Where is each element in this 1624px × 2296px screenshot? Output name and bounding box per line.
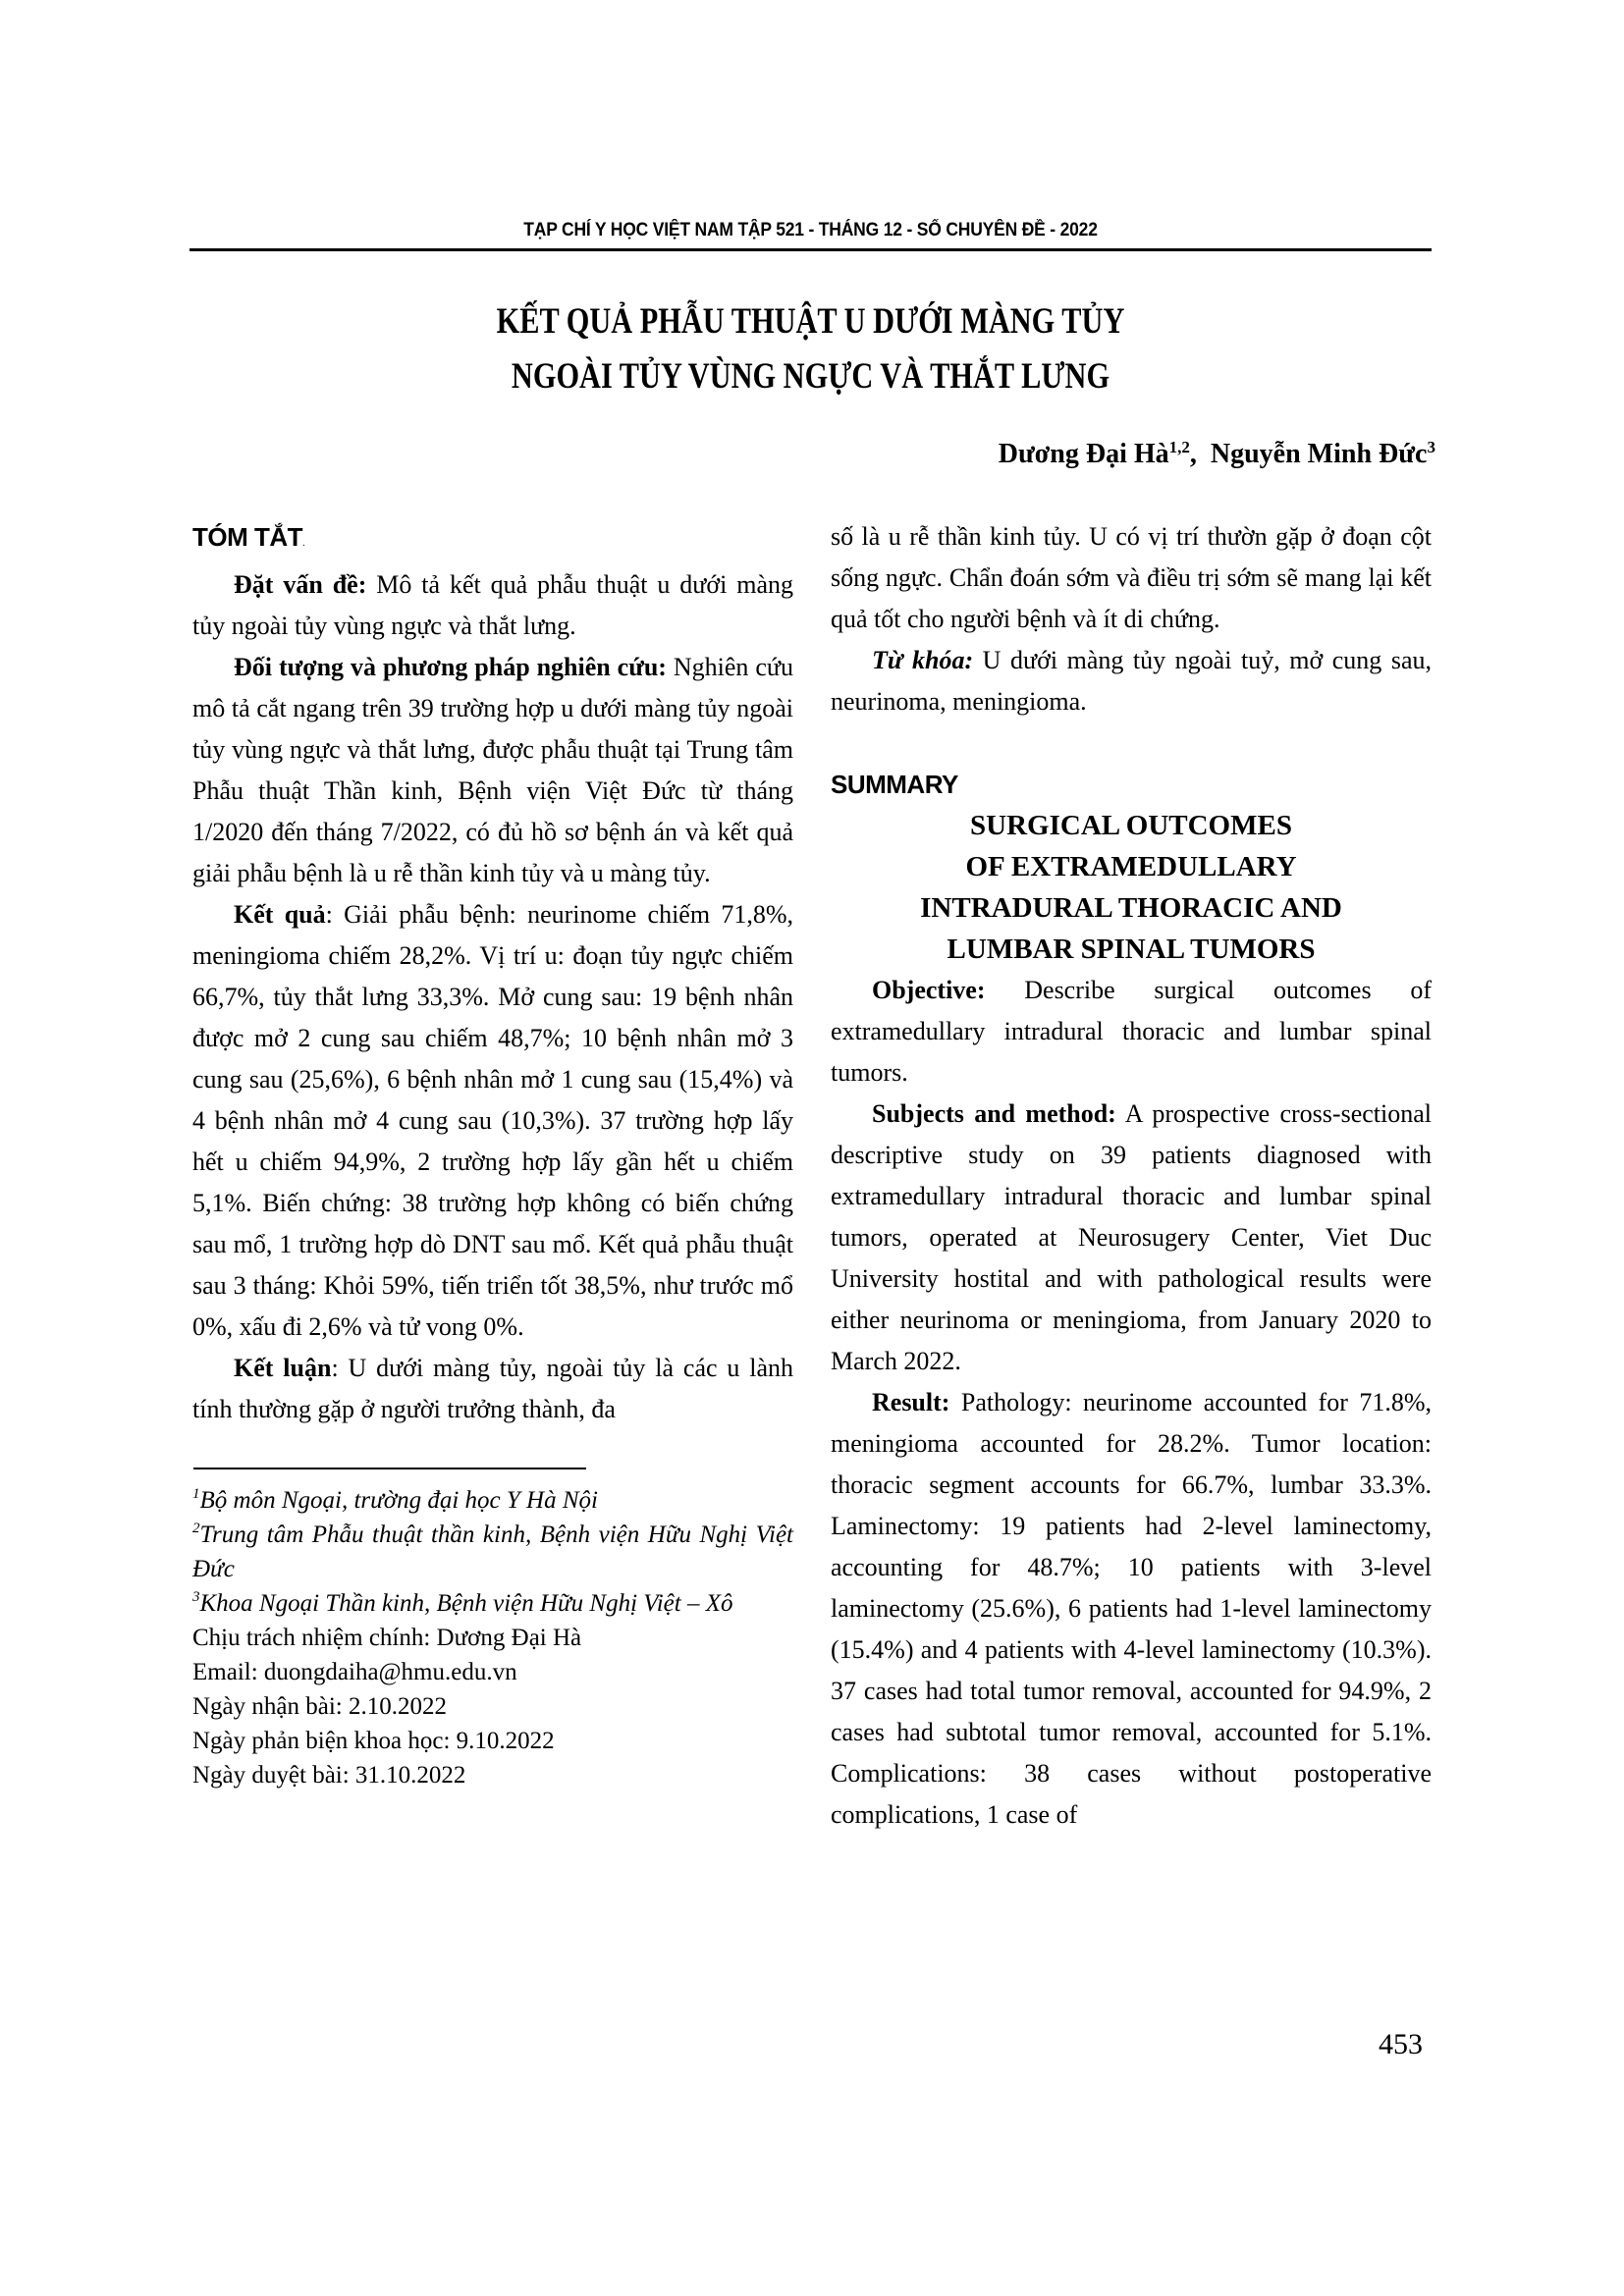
title-line: KẾT QUẢ PHẪU THUẬT U DƯỚI MÀNG TỦY [301, 294, 1320, 349]
date-reviewed: Ngày phản biện khoa học: 9.10.2022 [192, 1724, 793, 1758]
author-affiliation-marker: 3 [1428, 438, 1436, 456]
paragraph-label: Result: [872, 1388, 949, 1416]
keywords-label: Từ khóa: [872, 646, 973, 674]
paragraph-label: Kết quả [234, 900, 326, 929]
english-title: SURGICAL OUTCOMES OF EXTRAMEDULLARY INTR… [831, 805, 1432, 970]
paragraph-label: Đối tượng và phương pháp nghiên cứu: [234, 653, 667, 681]
paragraph-label: Kết luận [234, 1354, 331, 1382]
author-name: Dương Đại Hà [999, 439, 1169, 469]
author-list: Dương Đại Hà1,2, Nguyễn Minh Đức3 [999, 439, 1435, 470]
english-title-line: OF EXTRAMEDULLARY [831, 846, 1432, 887]
paragraph-label: Đặt vấn đề: [234, 570, 366, 599]
author-name: Nguyễn Minh Đức [1211, 439, 1428, 469]
author-separator: , [1190, 439, 1211, 469]
abstract-paragraph-results: Kết quả: Giải phẫu bệnh: neurinome chiếm… [192, 894, 793, 1348]
paragraph-text: Nghiên cứu mô tả cắt ngang trên 39 trườn… [192, 653, 793, 887]
running-header: TẠP CHÍ Y HỌC VIỆT NAM TẬP 521 - THÁNG 1… [240, 220, 1382, 241]
article-title: KẾT QUẢ PHẪU THUẬT U DƯỚI MÀNG TỦY NGOÀI… [189, 294, 1432, 404]
keywords: Từ khóa: U dưới màng tủy ngoài tuỷ, mở c… [831, 640, 1432, 722]
right-column: số là u rễ thần kinh tủy. U có vị trí th… [831, 516, 1432, 1836]
affiliation-3: 3Khoa Ngoại Thần kinh, Bệnh viện Hữu Ngh… [192, 1586, 793, 1621]
summary-heading: SUMMARY [831, 764, 1432, 805]
footnote-rule [193, 1468, 586, 1469]
english-title-line: LUMBAR SPINAL TUMORS [831, 929, 1432, 970]
header-rule [189, 248, 1432, 251]
abstract-heading-vi: TÓM TẮT. [192, 516, 793, 564]
page-number: 453 [1379, 2028, 1423, 2061]
left-column: TÓM TẮT. Đặt vấn đề: Mô tả kết quả phẫu … [192, 516, 793, 1792]
email: Email: duongdaiha@hmu.edu.vn [192, 1655, 793, 1689]
affiliation-2: 2Trung tâm Phẫu thuật thần kinh, Bệnh vi… [192, 1518, 793, 1586]
abstract-paragraph-background: Đặt vấn đề: Mô tả kết quả phẫu thuật u d… [192, 564, 793, 647]
english-title-line: INTRADURAL THORACIC AND [831, 887, 1432, 929]
date-received: Ngày nhận bài: 2.10.2022 [192, 1689, 793, 1724]
paragraph-label: Subjects and method: [872, 1099, 1116, 1128]
affiliation-1: 1Bộ môn Ngoại, trường đại học Y Hà Nội [192, 1483, 793, 1518]
summary-paragraph-objective: Objective: Describe surgical outcomes of… [831, 970, 1432, 1094]
english-title-line: SURGICAL OUTCOMES [831, 805, 1432, 846]
summary-paragraph-results: Result: Pathology: neurinome accounted f… [831, 1382, 1432, 1836]
paragraph-text: : Giải phẫu bệnh: neurinome chiếm 71,8%,… [192, 900, 793, 1341]
paragraph-label: Objective: [872, 976, 986, 1004]
paragraph-text: A prospective cross-sectional descriptiv… [831, 1099, 1432, 1375]
paragraph-text: Pathology: neurinome accounted for 71.8%… [831, 1388, 1432, 1829]
title-line: NGOÀI TỦY VÙNG NGỰC VÀ THẮT LƯNG [301, 349, 1320, 404]
summary-paragraph-methods: Subjects and method: A prospective cross… [831, 1094, 1432, 1382]
abstract-paragraph-methods: Đối tượng và phương pháp nghiên cứu: Ngh… [192, 647, 793, 894]
abstract-paragraph-conclusion: Kết luận: U dưới màng tủy, ngoài tủy là … [192, 1348, 793, 1430]
author-affiliation-marker: 1,2 [1169, 438, 1190, 456]
corresponding-author: Chịu trách nhiệm chính: Dương Đại Hà [192, 1621, 793, 1655]
date-accepted: Ngày duyệt bài: 31.10.2022 [192, 1758, 793, 1792]
abstract-conclusion-continued: số là u rễ thần kinh tủy. U có vị trí th… [831, 516, 1432, 640]
